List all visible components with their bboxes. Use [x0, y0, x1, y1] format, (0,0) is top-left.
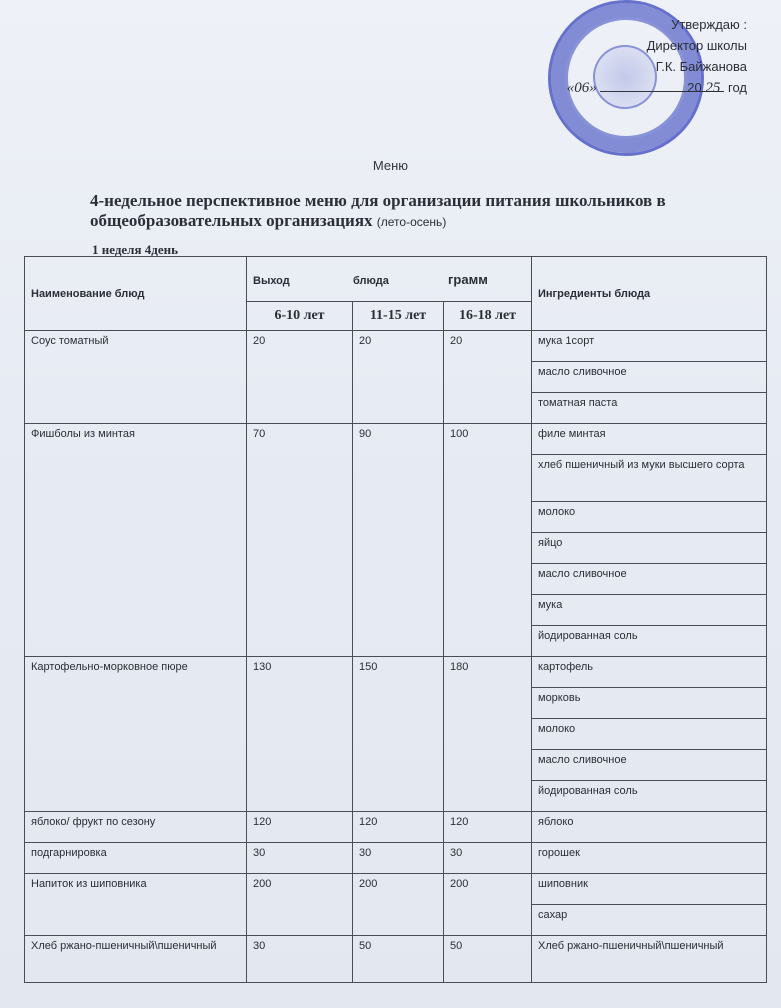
header-yield-word2: блюда [353, 275, 448, 287]
dish-name-cell: Хлеб ржано-пшеничный\пшеничный [25, 936, 247, 983]
table-row: Соус томатный202020мука 1сорт [25, 331, 767, 362]
ingredient-cell: масло сливочное [532, 362, 767, 393]
ingredient-cell: горошек [532, 843, 767, 874]
header-age-11-15: 11-15 лет [353, 302, 444, 331]
table-row: Хлеб ржано-пшеничный\пшеничный305050Хлеб… [25, 936, 767, 983]
ingredient-cell: яйцо [532, 533, 767, 564]
ingredient-cell: мука 1сорт [532, 331, 767, 362]
ingredient-cell: Хлеб ржано-пшеничный\пшеничный [532, 936, 767, 983]
ingredient-cell: масло сливочное [532, 750, 767, 781]
yield-16-18-cell: 20 [444, 331, 532, 424]
date-day: «06» [567, 80, 597, 96]
menu-table: Наименование блюд Выходблюдаграмм Ингред… [24, 256, 767, 983]
director-position: Директор школы [527, 35, 747, 56]
ingredient-cell: молоко [532, 719, 767, 750]
yield-6-10-cell: 20 [247, 331, 353, 424]
dish-name-cell: подгарнировка [25, 843, 247, 874]
yield-11-15-cell: 50 [353, 936, 444, 983]
director-name: Г.К. Байжанова [527, 56, 747, 77]
header-yield-word3: грамм [448, 272, 488, 287]
table-row: яблоко/ фрукт по сезону120120120яблоко [25, 812, 767, 843]
menu-table-body: Соус томатный202020мука 1сортмасло сливо… [25, 331, 767, 983]
menu-label: Меню [0, 158, 781, 173]
yield-6-10-cell: 200 [247, 874, 353, 936]
yield-16-18-cell: 180 [444, 657, 532, 812]
ingredient-cell: мука [532, 595, 767, 626]
header-dish-name: Наименование блюд [25, 257, 247, 331]
ingredient-cell: хлеб пшеничный из муки высшего сорта [532, 455, 767, 502]
yield-16-18-cell: 120 [444, 812, 532, 843]
table-row: Напиток из шиповника200200200шиповник [25, 874, 767, 905]
ingredient-cell: масло сливочное [532, 564, 767, 595]
yield-16-18-cell: 50 [444, 936, 532, 983]
ingredient-cell: сахар [532, 905, 767, 936]
dish-name-cell: Соус томатный [25, 331, 247, 424]
dish-name-cell: Фишболы из минтая [25, 424, 247, 657]
yield-6-10-cell: 70 [247, 424, 353, 657]
title-season: (лето-осень) [377, 215, 447, 229]
ingredient-cell: шиповник [532, 874, 767, 905]
ingredient-cell: молоко [532, 502, 767, 533]
yield-6-10-cell: 120 [247, 812, 353, 843]
yield-11-15-cell: 20 [353, 331, 444, 424]
yield-6-10-cell: 30 [247, 843, 353, 874]
approval-date: «06» 20 25 год [527, 77, 747, 99]
yield-11-15-cell: 30 [353, 843, 444, 874]
header-yield-word1: Выход [253, 275, 353, 287]
yield-16-18-cell: 30 [444, 843, 532, 874]
yield-6-10-cell: 30 [247, 936, 353, 983]
table-row: подгарнировка303030горошек [25, 843, 767, 874]
header-ingredients: Ингредиенты блюда [532, 257, 767, 331]
header-age-6-10: 6-10 лет [247, 302, 353, 331]
year-word: год [728, 80, 747, 95]
approval-block: Утверждаю : Директор школы Г.К. Байжанов… [527, 14, 747, 99]
ingredient-cell: томатная паста [532, 393, 767, 424]
date-year-suffix: 25 [705, 80, 720, 96]
yield-6-10-cell: 130 [247, 657, 353, 812]
ingredient-cell: филе минтая [532, 424, 767, 455]
table-row: Фишболы из минтая7090100филе минтая [25, 424, 767, 455]
dish-name-cell: яблоко/ фрукт по сезону [25, 812, 247, 843]
yield-16-18-cell: 200 [444, 874, 532, 936]
yield-16-18-cell: 100 [444, 424, 532, 657]
ingredient-cell: йодированная соль [532, 626, 767, 657]
yield-11-15-cell: 90 [353, 424, 444, 657]
table-row: Картофельно-морковное пюре130150180карто… [25, 657, 767, 688]
ingredient-cell: йодированная соль [532, 781, 767, 812]
approve-label: Утверждаю : [527, 14, 747, 35]
yield-11-15-cell: 120 [353, 812, 444, 843]
yield-11-15-cell: 150 [353, 657, 444, 812]
date-year-prefix: 20 [687, 80, 701, 95]
header-age-16-18: 16-18 лет [444, 302, 532, 331]
dish-name-cell: Картофельно-морковное пюре [25, 657, 247, 812]
date-blank: 20 25 [600, 77, 724, 92]
header-yield: Выходблюдаграмм [247, 257, 532, 302]
ingredient-cell: картофель [532, 657, 767, 688]
document-title: 4-недельное перспективное меню для орган… [90, 191, 770, 232]
ingredient-cell: яблоко [532, 812, 767, 843]
ingredient-cell: морковь [532, 688, 767, 719]
dish-name-cell: Напиток из шиповника [25, 874, 247, 936]
yield-11-15-cell: 200 [353, 874, 444, 936]
